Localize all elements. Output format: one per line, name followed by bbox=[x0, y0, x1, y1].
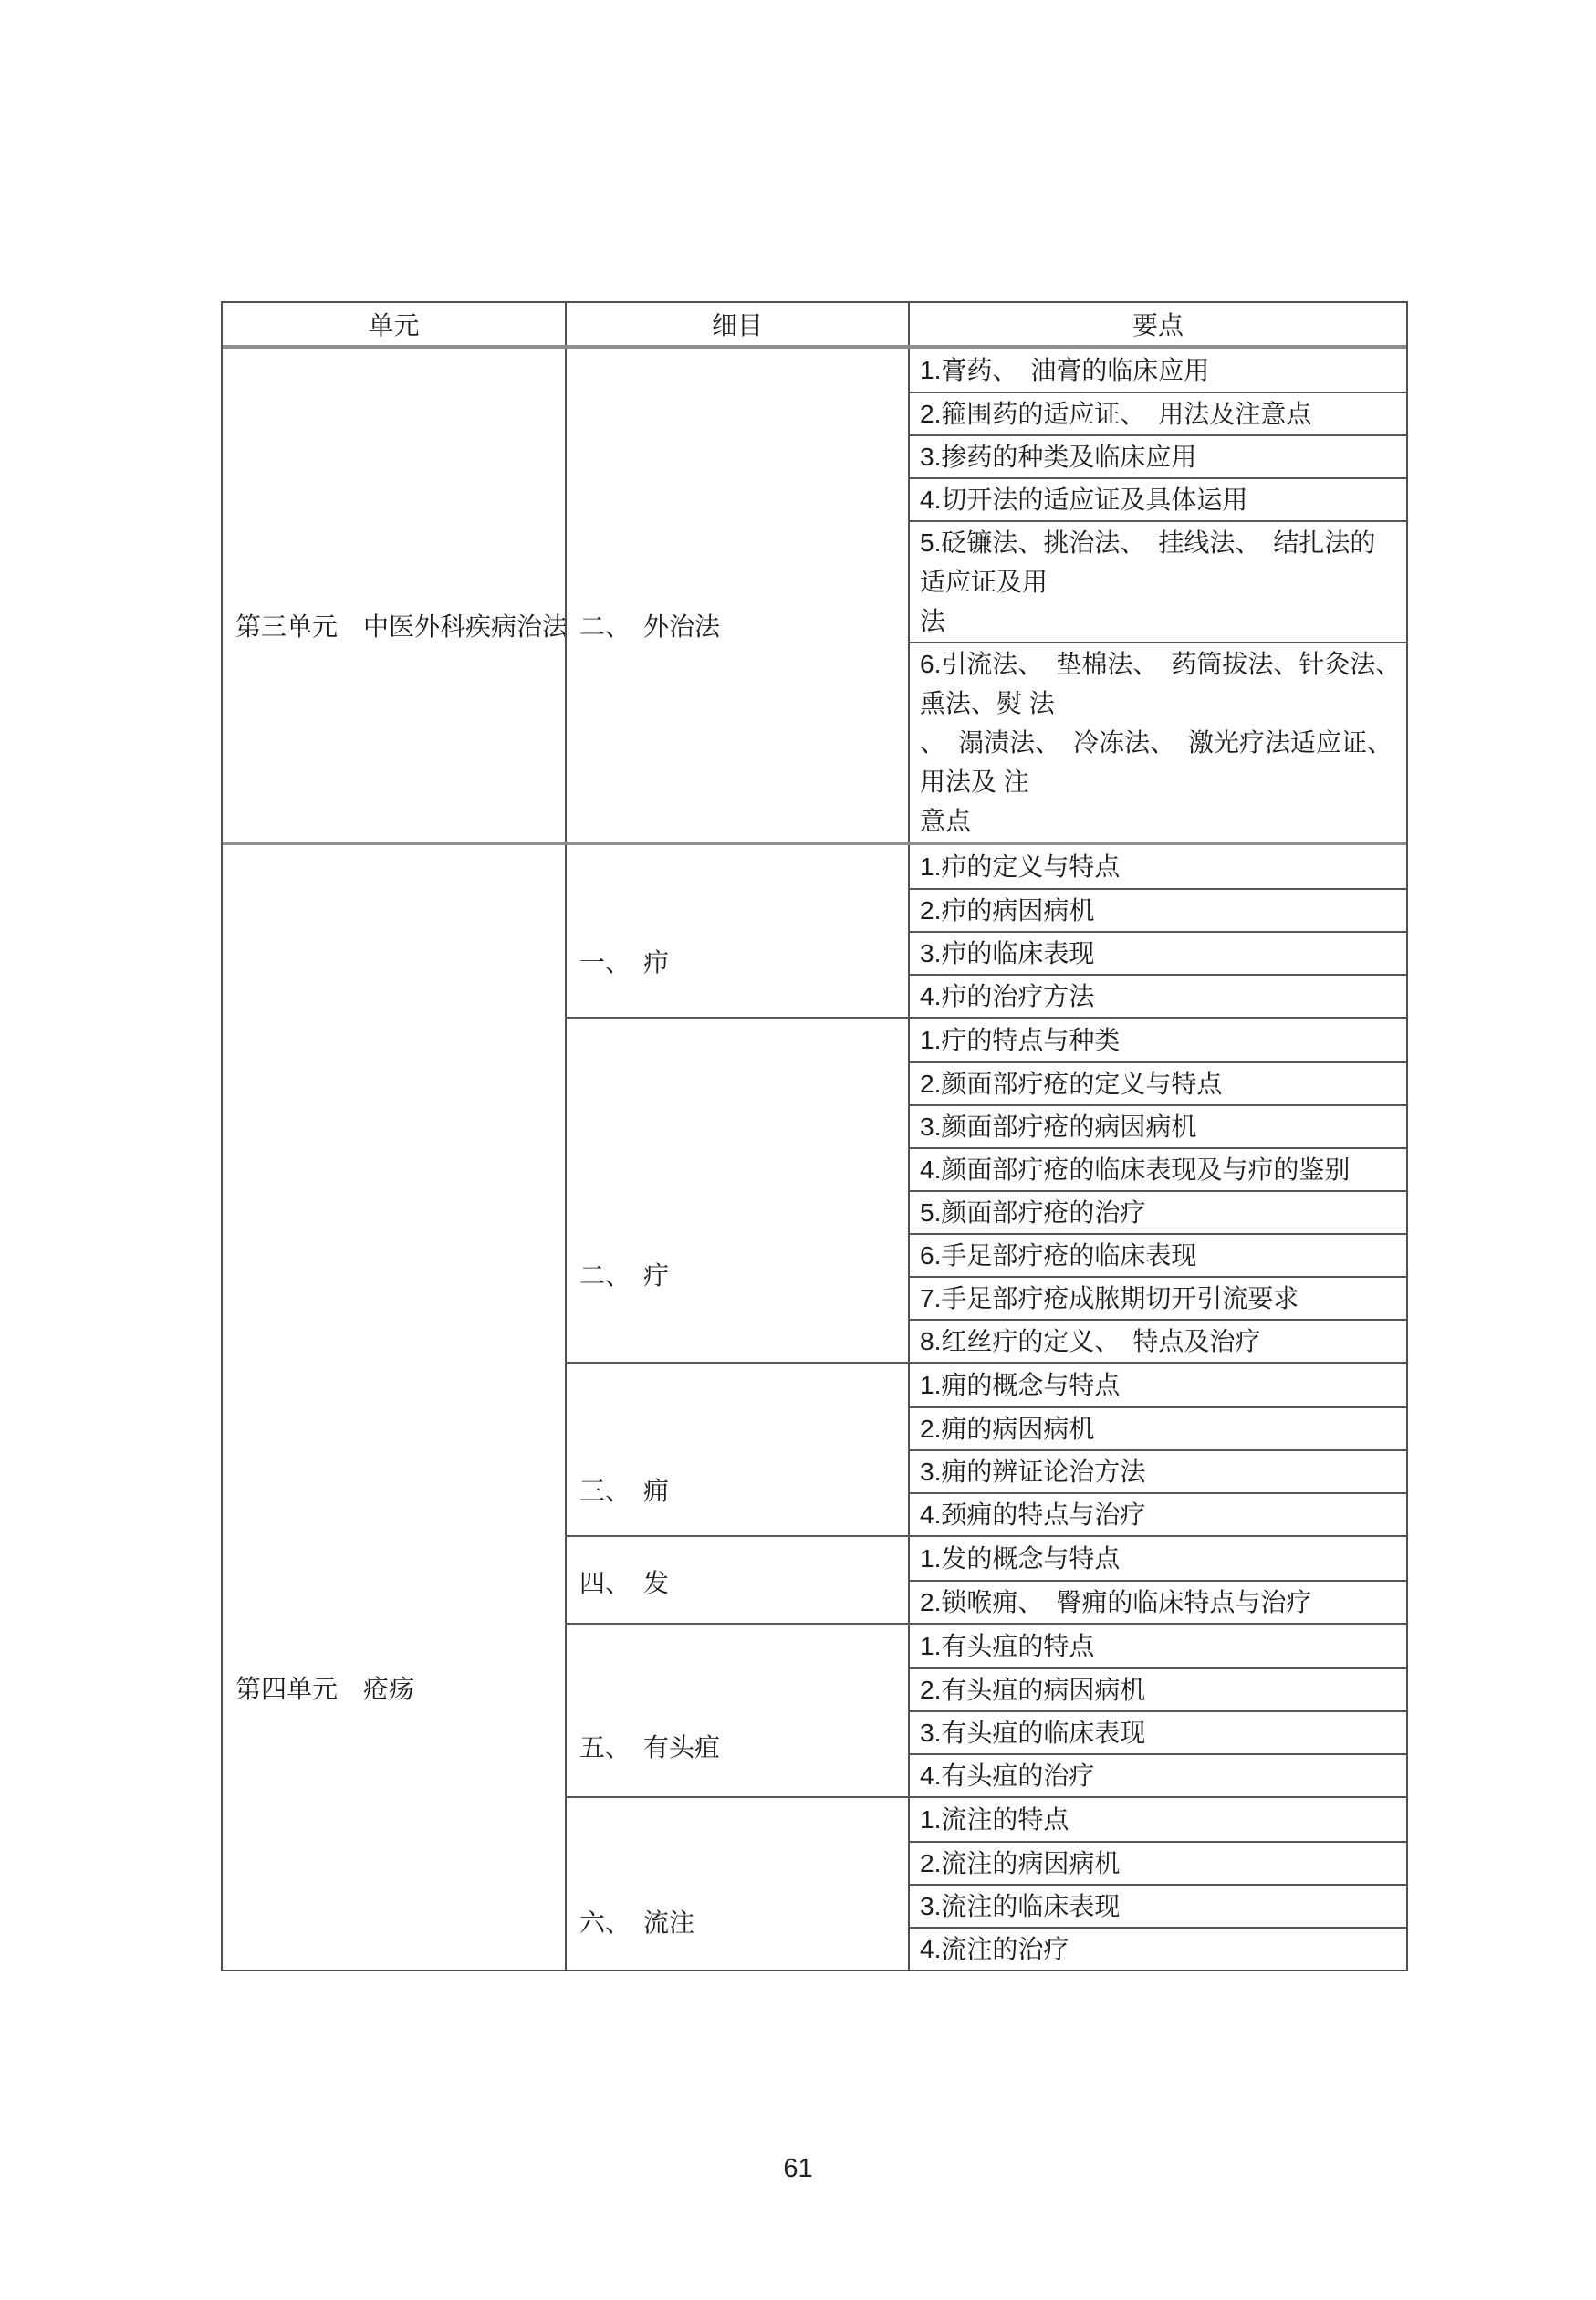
subitem-label: 四、 发 bbox=[579, 1568, 669, 1599]
subsection-row: 二、 外治法1.膏药、 油膏的临床应用2.箍围药的适应证、 用法及注意点3.掺药… bbox=[565, 349, 1406, 842]
table-header-row: 单元 细目 要点 bbox=[223, 303, 1406, 349]
keypoint-row: 1.发的概念与特点 bbox=[908, 1537, 1406, 1580]
keypoint-row: 3.有头疽的临床表现 bbox=[908, 1710, 1406, 1753]
keypoint-list: 1.痈的概念与特点2.痈的病因病机3.痈的辨证论治方法4.颈痈的特点与治疗 bbox=[908, 1364, 1406, 1535]
subitem-label: 五、 有头疽 bbox=[579, 1732, 720, 1763]
keypoint-row: 1.膏药、 油膏的临床应用 bbox=[908, 349, 1406, 392]
keypoint-row: 3.疖的临床表现 bbox=[908, 931, 1406, 974]
keypoint-row: 5.砭镰法、挑治法、 挂线法、 结扎法的适应证及用 法 bbox=[908, 520, 1406, 642]
keypoint-row: 1.疖的定义与特点 bbox=[908, 845, 1406, 888]
unit-cell: 第三单元 中医外科疾病治法 bbox=[223, 349, 565, 842]
subitem-cell: 六、 流注 bbox=[565, 1798, 908, 1970]
subitem-label: 一、 疖 bbox=[579, 947, 669, 978]
document-page: 单元 细目 要点 第三单元 中医外科疾病治法二、 外治法1.膏药、 油膏的临床应… bbox=[0, 0, 1596, 2300]
keypoint-row: 1.疔的特点与种类 bbox=[908, 1019, 1406, 1061]
keypoint-row: 2.流注的病因病机 bbox=[908, 1841, 1406, 1884]
keypoint-row: 1.痈的概念与特点 bbox=[908, 1364, 1406, 1406]
keypoint-row: 2.锁喉痈、 臀痈的临床特点与治疗 bbox=[908, 1580, 1406, 1623]
keypoint-row: 2.痈的病因病机 bbox=[908, 1406, 1406, 1449]
subsection-row: 一、 疖1.疖的定义与特点2.疖的病因病机3.疖的临床表现4.疖的治疗方法 bbox=[565, 845, 1406, 1017]
keypoint-row: 3.流注的临床表现 bbox=[908, 1884, 1406, 1927]
keypoint-row: 4.切开法的适应证及具体运用 bbox=[908, 477, 1406, 520]
subsections: 二、 外治法1.膏药、 油膏的临床应用2.箍围药的适应证、 用法及注意点3.掺药… bbox=[565, 349, 1406, 842]
subitem-cell: 一、 疖 bbox=[565, 845, 908, 1017]
keypoint-row: 3.颜面部疔疮的病因病机 bbox=[908, 1104, 1406, 1147]
keypoint-row: 6.引流法、 垫棉法、 药筒拔法、针灸法、 熏法、熨 法 、 溻渍法、 冷冻法、… bbox=[908, 642, 1406, 842]
keypoint-row: 3.痈的辨证论治方法 bbox=[908, 1449, 1406, 1492]
column-header-subitem: 细目 bbox=[565, 303, 908, 345]
keypoint-row: 6.手足部疔疮的临床表现 bbox=[908, 1233, 1406, 1276]
column-header-keypoints: 要点 bbox=[908, 303, 1406, 345]
table-body: 第三单元 中医外科疾病治法二、 外治法1.膏药、 油膏的临床应用2.箍围药的适应… bbox=[223, 349, 1406, 1970]
subitem-label: 二、 疔 bbox=[579, 1260, 669, 1291]
unit-cell: 第四单元 疮疡 bbox=[223, 845, 565, 1970]
keypoint-row: 2.颜面部疔疮的定义与特点 bbox=[908, 1061, 1406, 1104]
keypoint-list: 1.有头疽的特点2.有头疽的病因病机3.有头疽的临床表现4.有头疽的治疗 bbox=[908, 1625, 1406, 1796]
unit-section: 第四单元 疮疡一、 疖1.疖的定义与特点2.疖的病因病机3.疖的临床表现4.疖的… bbox=[223, 842, 1406, 1970]
subsection-row: 六、 流注1.流注的特点2.流注的病因病机3.流注的临床表现4.流注的治疗 bbox=[565, 1796, 1406, 1970]
subsection-row: 五、 有头疽1.有头疽的特点2.有头疽的病因病机3.有头疽的临床表现4.有头疽的… bbox=[565, 1623, 1406, 1796]
subsection-row: 二、 疔1.疔的特点与种类2.颜面部疔疮的定义与特点3.颜面部疔疮的病因病机4.… bbox=[565, 1017, 1406, 1362]
unit-section: 第三单元 中医外科疾病治法二、 外治法1.膏药、 油膏的临床应用2.箍围药的适应… bbox=[223, 349, 1406, 842]
keypoint-row: 7.手足部疔疮成脓期切开引流要求 bbox=[908, 1276, 1406, 1319]
subitem-cell: 四、 发 bbox=[565, 1537, 908, 1623]
keypoint-row: 1.流注的特点 bbox=[908, 1798, 1406, 1841]
keypoint-list: 1.疔的特点与种类2.颜面部疔疮的定义与特点3.颜面部疔疮的病因病机4.颜面部疔… bbox=[908, 1019, 1406, 1362]
subitem-label: 二、 外治法 bbox=[579, 612, 720, 643]
keypoint-list: 1.疖的定义与特点2.疖的病因病机3.疖的临床表现4.疖的治疗方法 bbox=[908, 845, 1406, 1017]
subitem-cell: 三、 痈 bbox=[565, 1364, 908, 1535]
subitem-label: 六、 流注 bbox=[579, 1908, 694, 1939]
subitem-cell: 二、 疔 bbox=[565, 1019, 908, 1362]
keypoint-row: 2.有头疽的病因病机 bbox=[908, 1667, 1406, 1710]
keypoint-row: 4.颜面部疔疮的临床表现及与疖的鉴别 bbox=[908, 1147, 1406, 1190]
syllabus-table: 单元 细目 要点 第三单元 中医外科疾病治法二、 外治法1.膏药、 油膏的临床应… bbox=[221, 301, 1408, 1971]
keypoint-row: 4.疖的治疗方法 bbox=[908, 974, 1406, 1017]
subsection-row: 三、 痈1.痈的概念与特点2.痈的病因病机3.痈的辨证论治方法4.颈痈的特点与治… bbox=[565, 1362, 1406, 1535]
keypoint-list: 1.膏药、 油膏的临床应用2.箍围药的适应证、 用法及注意点3.掺药的种类及临床… bbox=[908, 349, 1406, 842]
keypoint-row: 3.掺药的种类及临床应用 bbox=[908, 434, 1406, 477]
keypoint-row: 4.流注的治疗 bbox=[908, 1927, 1406, 1970]
keypoint-row: 8.红丝疔的定义、 特点及治疗 bbox=[908, 1319, 1406, 1362]
column-header-unit: 单元 bbox=[223, 303, 565, 345]
unit-label: 第三单元 中医外科疾病治法 bbox=[235, 612, 568, 643]
keypoint-row: 4.颈痈的特点与治疗 bbox=[908, 1492, 1406, 1535]
subitem-cell: 五、 有头疽 bbox=[565, 1625, 908, 1796]
keypoint-row: 2.疖的病因病机 bbox=[908, 888, 1406, 931]
subitem-cell: 二、 外治法 bbox=[565, 349, 908, 842]
subitem-label: 三、 痈 bbox=[579, 1476, 669, 1507]
page-number: 61 bbox=[0, 2154, 1596, 2184]
subsection-row: 四、 发1.发的概念与特点2.锁喉痈、 臀痈的临床特点与治疗 bbox=[565, 1535, 1406, 1623]
keypoint-row: 4.有头疽的治疗 bbox=[908, 1753, 1406, 1796]
subsections: 一、 疖1.疖的定义与特点2.疖的病因病机3.疖的临床表现4.疖的治疗方法二、 … bbox=[565, 845, 1406, 1970]
keypoint-row: 2.箍围药的适应证、 用法及注意点 bbox=[908, 392, 1406, 434]
keypoint-list: 1.发的概念与特点2.锁喉痈、 臀痈的临床特点与治疗 bbox=[908, 1537, 1406, 1623]
unit-label: 第四单元 疮疡 bbox=[235, 1674, 414, 1705]
keypoint-row: 1.有头疽的特点 bbox=[908, 1625, 1406, 1667]
keypoint-row: 5.颜面部疔疮的治疗 bbox=[908, 1190, 1406, 1233]
keypoint-list: 1.流注的特点2.流注的病因病机3.流注的临床表现4.流注的治疗 bbox=[908, 1798, 1406, 1970]
